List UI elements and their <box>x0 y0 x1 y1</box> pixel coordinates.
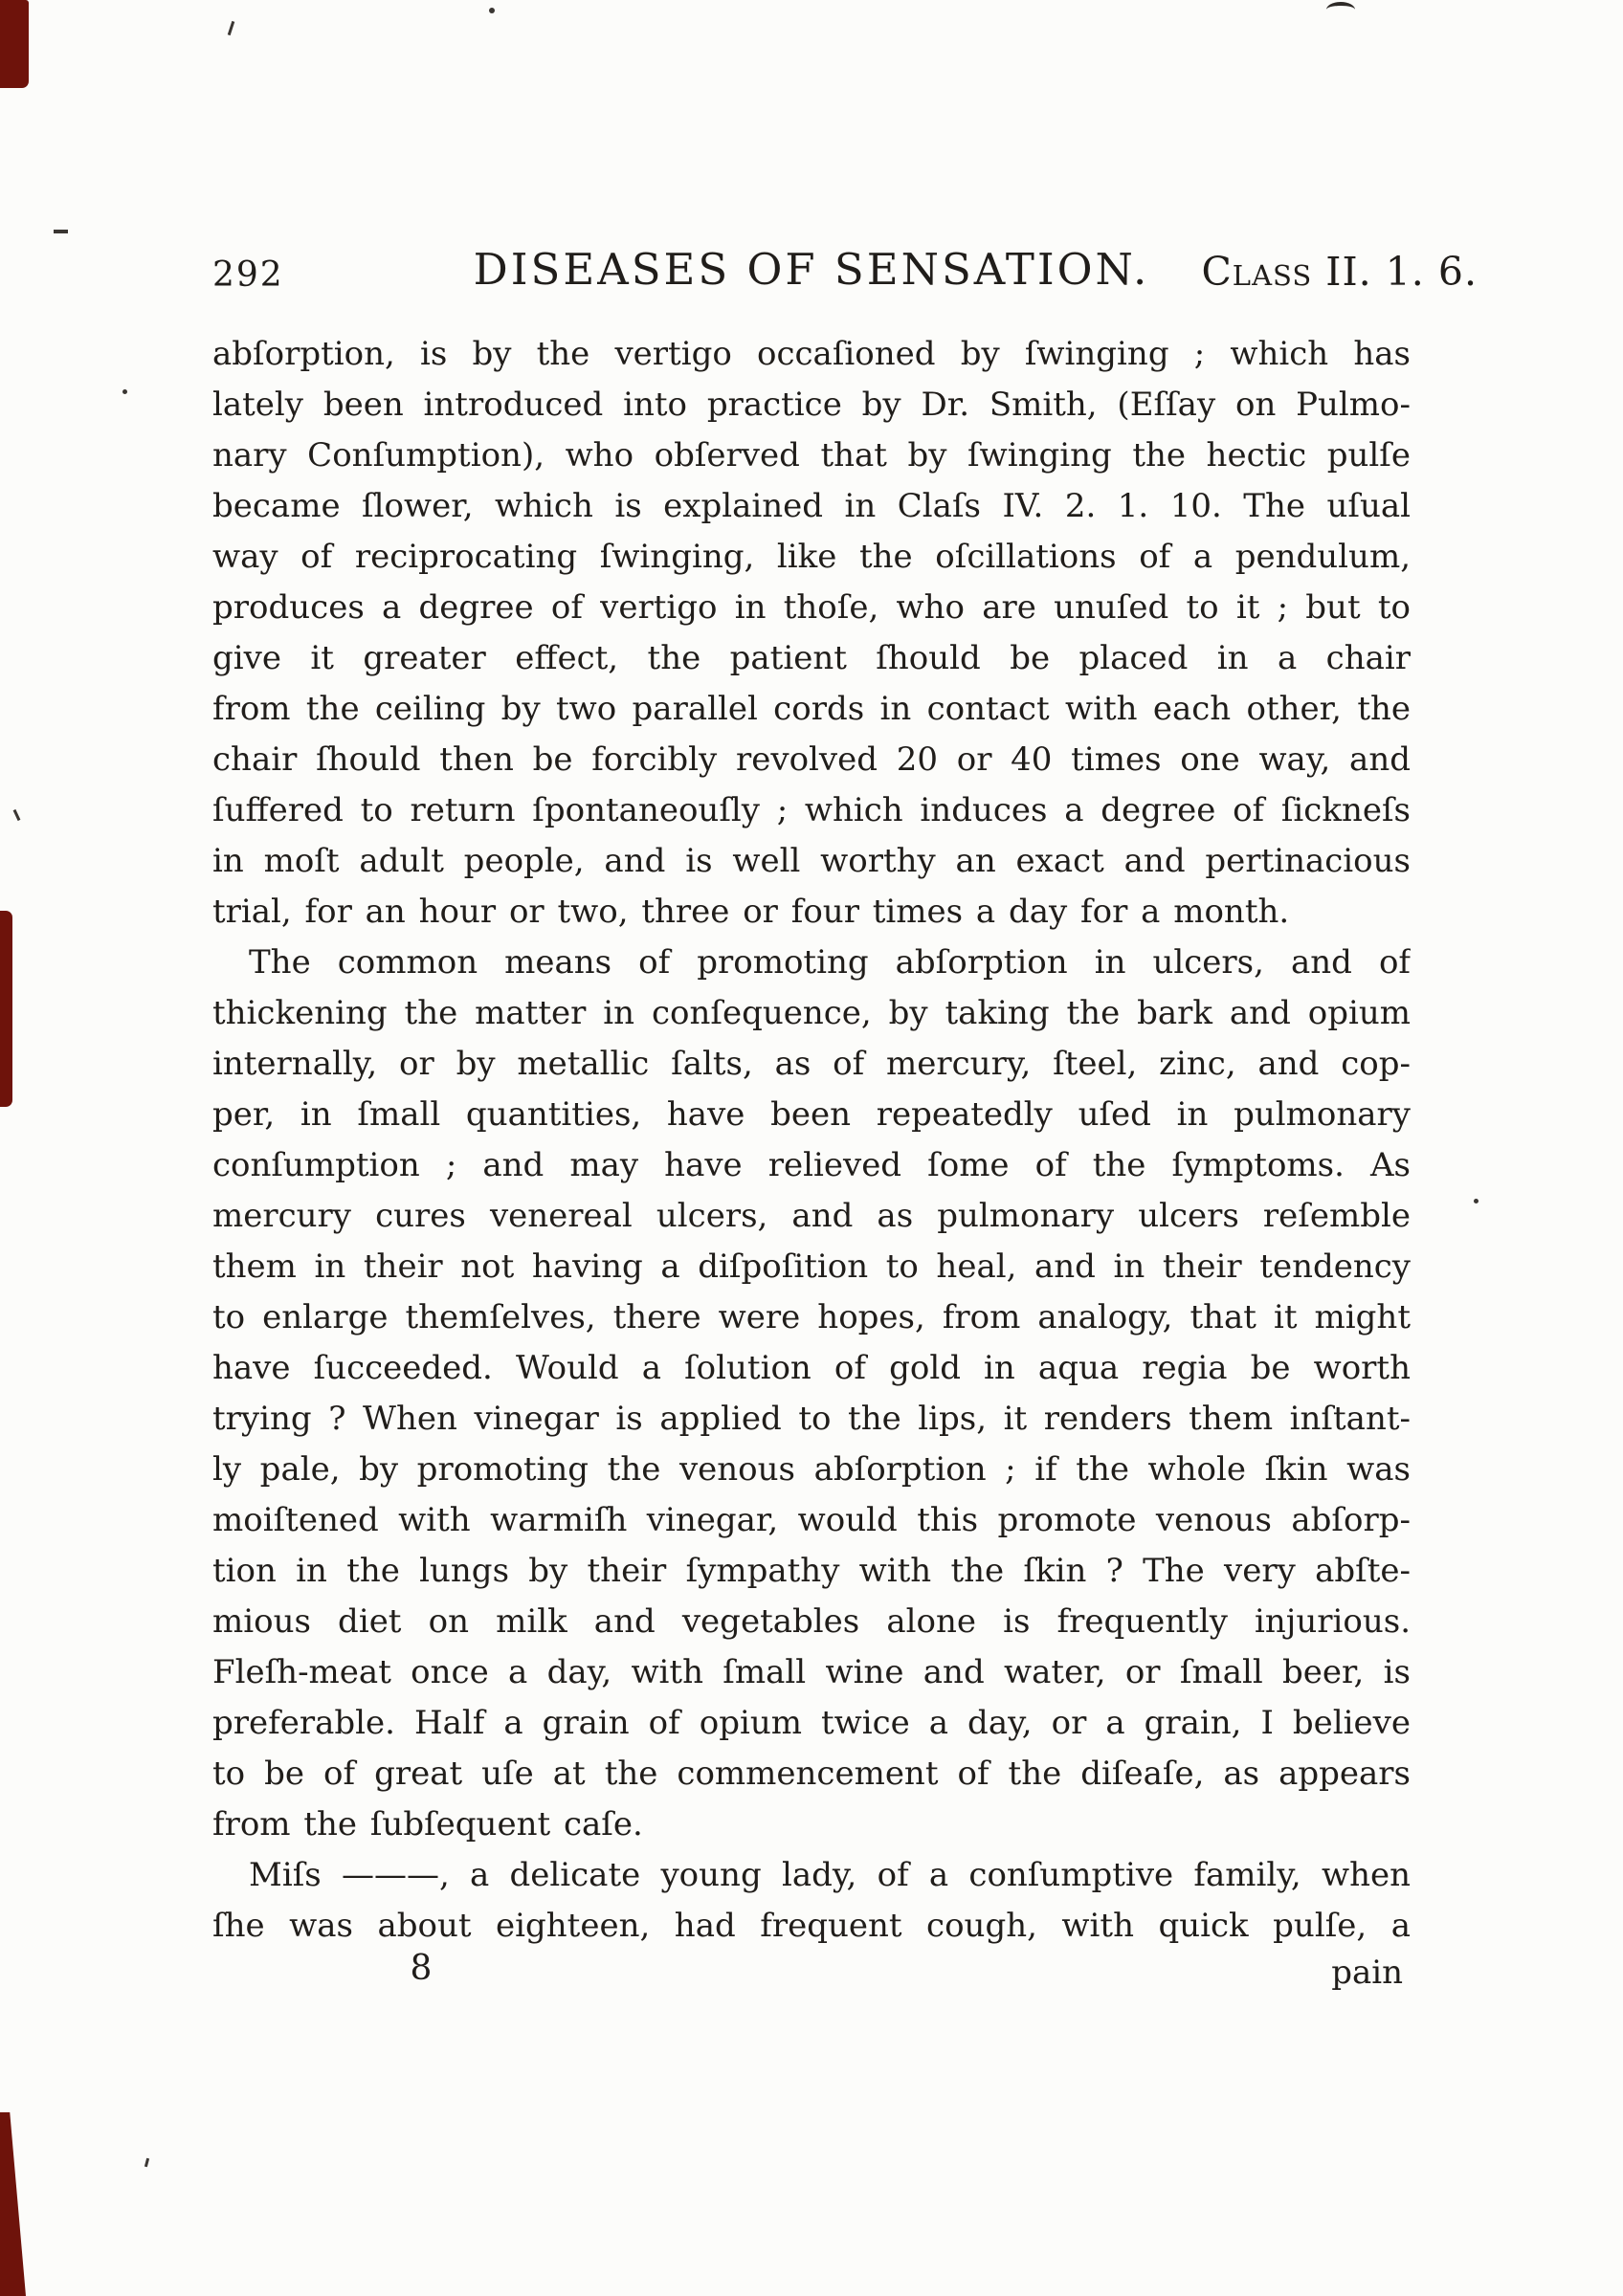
scan-speck <box>489 8 495 13</box>
text-block: abſorption, is by the vertigo occaſioned… <box>212 329 1411 1952</box>
text-line: ly pale, by promoting the venous abſorpt… <box>212 1445 1411 1495</box>
text-line: thickening the matter in conſequence, by… <box>212 988 1411 1039</box>
scan-speck <box>13 809 21 821</box>
running-title: DISEASES OF SENSATION. <box>474 245 1150 295</box>
text-line: became ſlower, which is explained in Cla… <box>212 481 1411 532</box>
text-line: mious diet on milk and vegetables alone … <box>212 1597 1411 1647</box>
scan-speck <box>145 2158 149 2167</box>
scan-speck <box>1326 2 1355 17</box>
book-page: 292 DISEASES OF SENSATION. Class II. 1. … <box>0 0 1623 2296</box>
text-line: ſhe was about eighteen, had frequent cou… <box>212 1901 1411 1952</box>
scan-stain-bottom-left <box>0 2112 26 2296</box>
text-line: The common means of promoting abſorption… <box>212 938 1411 988</box>
text-line: from the ſubſequent caſe. <box>212 1799 1411 1850</box>
scan-speck <box>228 21 234 35</box>
text-line: Miſs ———, a delicate young lady, of a co… <box>212 1850 1411 1901</box>
class-heading: Class II. 1. 6. <box>1201 248 1478 296</box>
page-number: 292 <box>212 256 284 295</box>
text-line: per, in ſmall quantities, have been repe… <box>212 1090 1411 1140</box>
text-line: to enlarge themſelves, there were hopes,… <box>212 1292 1411 1343</box>
text-line: produces a degree of vertigo in thoſe, w… <box>212 583 1411 633</box>
text-line: trial, for an hour or two, three or four… <box>212 887 1411 938</box>
text-line: tion in the lungs by their ſympathy with… <box>212 1546 1411 1597</box>
text-line: lately been introduced into practice by … <box>212 380 1411 430</box>
text-line: preferable. Half a grain of opium twice … <box>212 1698 1411 1749</box>
text-line: conſumption ; and may have relieved ſome… <box>212 1140 1411 1191</box>
text-line: way of reciprocating ſwinging, like the … <box>212 532 1411 583</box>
text-line: to be of great uſe at the commencement o… <box>212 1749 1411 1799</box>
text-line: have ſucceeded. Would a ſolution of gold… <box>212 1343 1411 1394</box>
scan-speck <box>54 230 68 233</box>
text-line: them in their not having a diſpoſition t… <box>212 1242 1411 1292</box>
catchword: pain <box>1331 1952 1403 1994</box>
text-line: moiſtened with warmiſh vinegar, would th… <box>212 1495 1411 1546</box>
text-line: in moſt adult people, and is well worthy… <box>212 836 1411 887</box>
text-line: ſuffered to return ſpontaneouſly ; which… <box>212 785 1411 836</box>
signature-mark: 8 <box>411 1948 433 1990</box>
text-line: from the ceiling by two parallel cords i… <box>212 684 1411 735</box>
text-line: trying ? When vinegar is applied to the … <box>212 1394 1411 1445</box>
text-line: abſorption, is by the vertigo occaſioned… <box>212 329 1411 380</box>
scan-stain-top-left <box>0 0 29 88</box>
text-line: give it greater effect, the patient ſhou… <box>212 633 1411 684</box>
text-line: mercury cures venereal ulcers, and as pu… <box>212 1191 1411 1242</box>
text-line: chair ſhould then be forcibly revolved 2… <box>212 735 1411 785</box>
text-line: Fleſh-meat once a day, with ſmall wine a… <box>212 1647 1411 1698</box>
text-line: internally, or by metallic ſalts, as of … <box>212 1039 1411 1090</box>
page-header: 292 DISEASES OF SENSATION. Class II. 1. … <box>0 245 1623 302</box>
scan-stain-mid-left <box>0 911 12 1107</box>
scan-speck <box>1474 1199 1478 1203</box>
scan-speck <box>122 389 127 394</box>
text-line: nary Conſumption), who obſerved that by … <box>212 430 1411 481</box>
